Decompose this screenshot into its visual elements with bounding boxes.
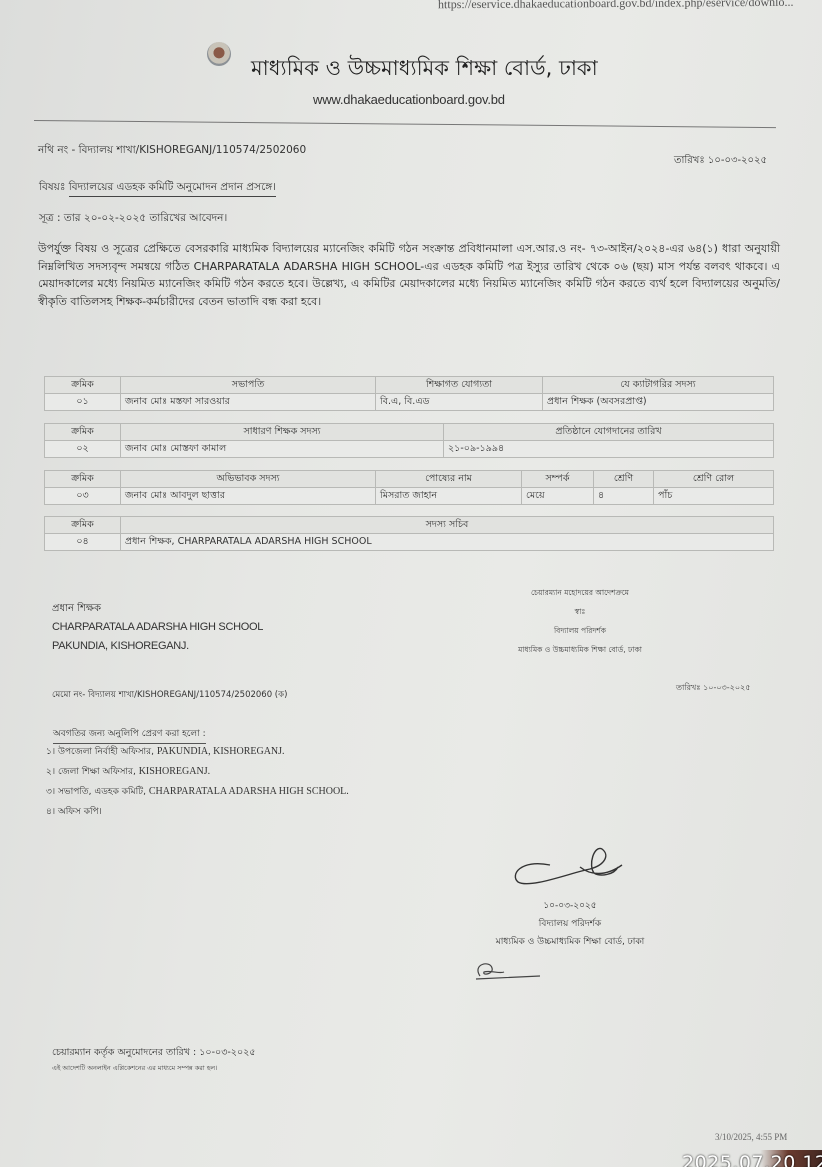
signature-icon bbox=[510, 845, 630, 890]
subject-label: বিষয়ঃ bbox=[39, 181, 65, 193]
recipient-location: PAKUNDIA, KISHOREGANJ. bbox=[52, 637, 263, 656]
copy-list: ১। উপজেলা নির্বাহী অফিসার, PAKUNDIA, KIS… bbox=[46, 742, 349, 822]
table-header-row: ক্রমিক সাধারণ শিক্ষক সদস্য প্রতিষ্ঠানে য… bbox=[45, 424, 774, 441]
chairman-order-block: চেয়ারম্যান মহোদয়ের আদেশক্রমে স্বাঃ বিদ… bbox=[505, 583, 655, 659]
recipient-school: CHARPARATALA ADARSHA HIGH SCHOOL bbox=[52, 618, 263, 637]
list-item: ২। জেলা শিক্ষা অফিসার, KISHOREGANJ. bbox=[46, 762, 349, 782]
cell-serial: ০৪ bbox=[45, 534, 121, 551]
col-serial: ক্রমিক bbox=[45, 424, 121, 441]
col-relation: সম্পর্ক bbox=[522, 471, 594, 488]
president-table: ক্রমিক সভাপতি শিক্ষাগত যোগ্যতা যে ক্যাটা… bbox=[44, 376, 774, 411]
cell-name: জনাব মোঃ মোস্তফা কামাল bbox=[121, 441, 444, 458]
cell-joining-date: ২১-০৯-১৯৯৪ bbox=[444, 441, 774, 458]
member-secretary-table: ক্রমিক সদস্য সচিব ০৪ প্রধান শিক্ষক, CHAR… bbox=[44, 516, 774, 551]
board-seal-icon bbox=[207, 42, 231, 66]
col-teacher-member: সাধারণ শিক্ষক সদস্য bbox=[121, 424, 444, 441]
list-item: ৩। সভাপতি, এডহক কমিটি, CHARPARATALA ADAR… bbox=[46, 782, 349, 802]
signed-label: স্বাঃ bbox=[505, 602, 655, 621]
signatory-office: মাধ্যমিক ও উচ্চমাধ্যমিক শিক্ষা বোর্ড, ঢা… bbox=[470, 933, 670, 951]
cell-serial: ০২ bbox=[45, 441, 121, 458]
print-timestamp: 3/10/2025, 4:55 PM bbox=[715, 1132, 787, 1142]
board-website: www.dhakaeducationboard.gov.bd bbox=[313, 92, 505, 107]
cell-category: প্রধান শিক্ষক (অবসরপ্রাপ্ত) bbox=[543, 394, 774, 411]
table-header-row: ক্রমিক অভিভাবক সদস্য পোষ্যের নাম সম্পর্ক… bbox=[45, 471, 774, 488]
memo-date: তারিখঃ ১০-০৩-২০২৫ bbox=[676, 682, 750, 695]
initials-icon bbox=[470, 958, 545, 983]
recipient-address: প্রধান শিক্ষক CHARPARATALA ADARSHA HIGH … bbox=[52, 599, 263, 656]
teacher-member-table: ক্রমিক সাধারণ শিক্ষক সদস্য প্রতিষ্ঠানে য… bbox=[44, 423, 774, 458]
table-header-row: ক্রমিক সদস্য সচিব bbox=[45, 517, 774, 534]
chairman-order-line: চেয়ারম্যান মহোদয়ের আদেশক্রমে bbox=[505, 583, 655, 602]
cell-class-roll: পাঁচ bbox=[654, 488, 774, 505]
table-row: ০১ জনাব মোঃ মস্তফা সারওয়ার বি.এ, বি.এড … bbox=[45, 394, 774, 411]
cell-relation: মেয়ে bbox=[522, 488, 594, 505]
board-title: মাধ্যমিক ও উচ্চমাধ্যমিক শিক্ষা বোর্ড, ঢা… bbox=[251, 52, 598, 87]
online-note: এই আদেশটি অনলাইন এপ্লিকেশনের এর মাধ্যমে … bbox=[52, 1063, 217, 1074]
col-member-secretary: সদস্য সচিব bbox=[121, 517, 774, 534]
list-item: ৪। অফিস কপি। bbox=[46, 802, 349, 822]
board-name: মাধ্যমিক ও উচ্চমাধ্যমিক শিক্ষা বোর্ড, ঢা… bbox=[505, 640, 655, 659]
col-president: সভাপতি bbox=[121, 377, 376, 394]
col-serial: ক্রমিক bbox=[45, 517, 121, 534]
table-row: ০২ জনাব মোঃ মোস্তফা কামাল ২১-০৯-১৯৯৪ bbox=[45, 441, 774, 458]
signatory-date: ১০-০৩-২০২৫ bbox=[470, 897, 670, 915]
col-serial: ক্রমিক bbox=[45, 471, 121, 488]
table-header-row: ক্রমিক সভাপতি শিক্ষাগত যোগ্যতা যে ক্যাটা… bbox=[45, 377, 774, 394]
list-item: ১। উপজেলা নির্বাহী অফিসার, PAKUNDIA, KIS… bbox=[46, 742, 349, 762]
table-row: ০৪ প্রধান শিক্ষক, CHARPARATALA ADARSHA H… bbox=[45, 534, 774, 551]
subject-text: বিদ্যালয়ের এডহক কমিটি অনুমোদন প্রদান প্… bbox=[69, 181, 276, 197]
signatory-designation: বিদ্যালয় পরিদর্শক bbox=[470, 915, 670, 933]
photo-timestamp: 2025.07.20 12 bbox=[682, 1152, 822, 1167]
cell-name: জনাব মোঃ মস্তফা সারওয়ার bbox=[121, 394, 376, 411]
cell-serial: ০৩ bbox=[45, 488, 121, 505]
cell-qualification: বি.এ, বি.এড bbox=[376, 394, 543, 411]
approval-date: চেয়ারম্যান কর্তৃক অনুমোদনের তারিখ : ১০-… bbox=[52, 1046, 256, 1061]
col-class-roll: শ্রেণি রোল bbox=[654, 471, 774, 488]
col-class: শ্রেণি bbox=[594, 471, 654, 488]
header-divider bbox=[34, 120, 776, 128]
reference-sutra: সূত্র : তার ২০-০২-২০২৫ তারিখের আবেদন। bbox=[39, 211, 227, 228]
col-ward-name: পোষ্যের নাম bbox=[376, 471, 522, 488]
subject-line: বিষয়ঃ বিদ্যালয়ের এডহক কমিটি অনুমোদন প্… bbox=[39, 180, 276, 197]
col-joining-date: প্রতিষ্ঠানে যোগদানের তারিখ bbox=[444, 424, 774, 441]
body-paragraph: উপর্যুক্ত বিষয় ও সূত্রের প্রেক্ষিতে বেস… bbox=[38, 240, 780, 310]
cell-class: ৪ bbox=[594, 488, 654, 505]
col-qualification: শিক্ষাগত যোগ্যতা bbox=[376, 377, 543, 394]
col-serial: ক্রমিক bbox=[45, 377, 121, 394]
guardian-member-table: ক্রমিক অভিভাবক সদস্য পোষ্যের নাম সম্পর্ক… bbox=[44, 470, 774, 505]
col-guardian-member: অভিভাবক সদস্য bbox=[121, 471, 376, 488]
file-number: নথি নং - বিদ্যালয় শাখা/KISHOREGANJ/1105… bbox=[38, 143, 306, 160]
browser-url: https://eservice.dhakaeducationboard.gov… bbox=[438, 0, 794, 12]
memo-number: মেমো নং- বিদ্যালয় শাখা/KISHOREGANJ/1105… bbox=[52, 688, 287, 702]
cell-name: প্রধান শিক্ষক, CHARPARATALA ADARSHA HIGH… bbox=[121, 534, 774, 551]
cell-ward-name: মিসরাত জাহান bbox=[376, 488, 522, 505]
table-row: ০৩ জনাব মোঃ আবদুল ছাত্তার মিসরাত জাহান ম… bbox=[45, 488, 774, 505]
cell-serial: ০১ bbox=[45, 394, 121, 411]
inspector-designation: বিদ্যালয় পরিদর্শক bbox=[505, 621, 655, 640]
letter-date: তারিখঃ ১০-০৩-২০২৫ bbox=[674, 153, 767, 170]
col-category: যে ক্যাটাগরির সদস্য bbox=[543, 377, 774, 394]
cell-name: জনাব মোঃ আবদুল ছাত্তার bbox=[121, 488, 376, 505]
recipient-designation: প্রধান শিক্ষক bbox=[52, 599, 263, 618]
signatory-block: ১০-০৩-২০২৫ বিদ্যালয় পরিদর্শক মাধ্যমিক ও… bbox=[470, 897, 670, 951]
